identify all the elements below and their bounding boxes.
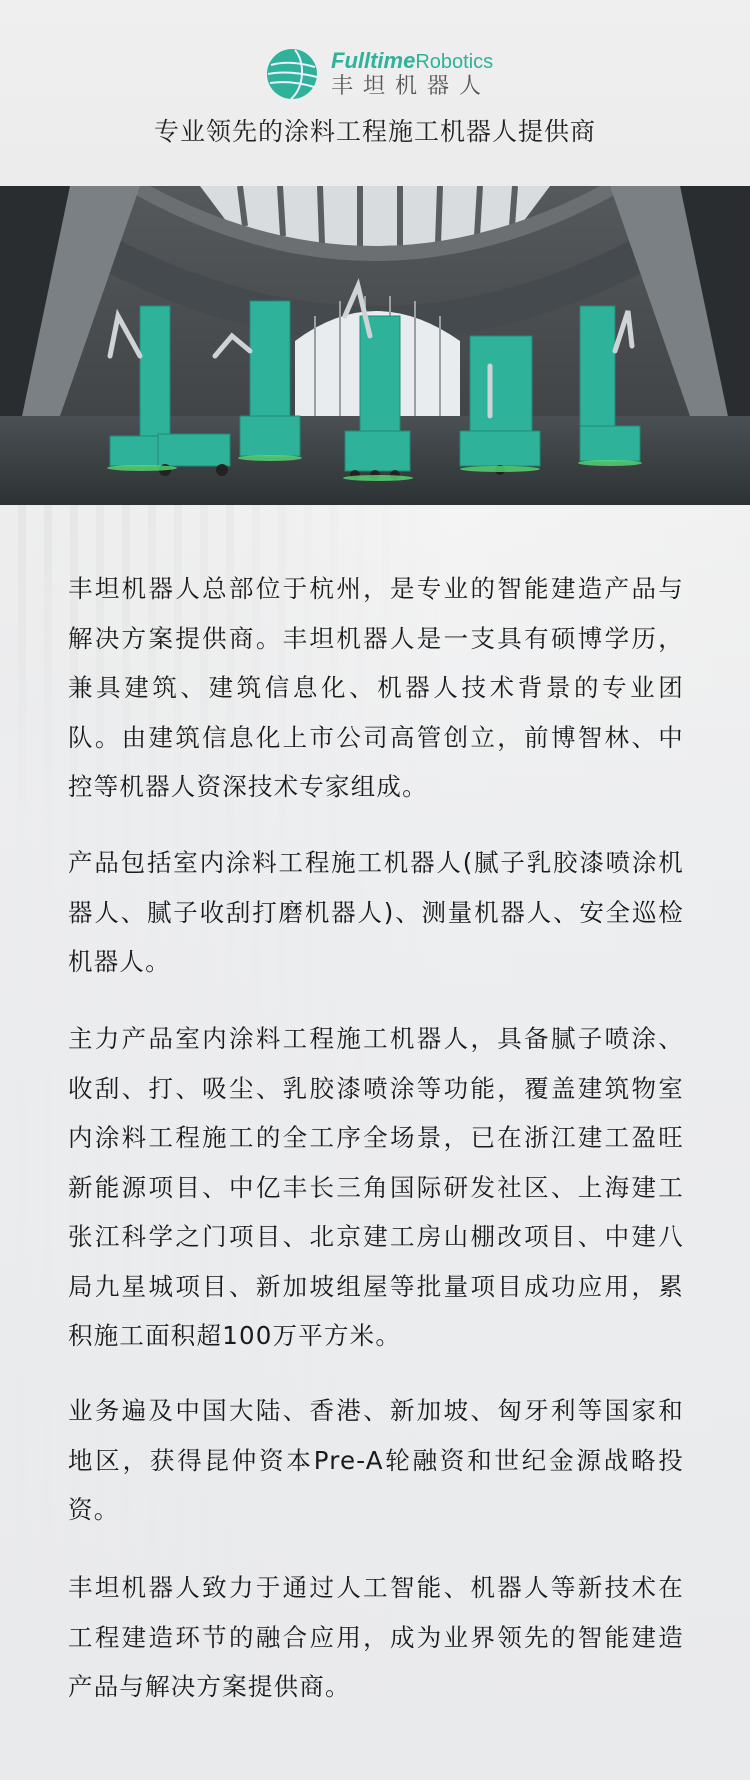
paragraph-business-funding: 业务遍及中国大陆、香港、新加坡、匈牙利等国家和地区，获得昆仲资本Pre-A轮融资… bbox=[68, 1386, 684, 1535]
brand-name-en-bold: Fulltime bbox=[331, 48, 415, 73]
hero-image bbox=[0, 186, 750, 505]
paragraph-products: 产品包括室内涂料工程施工机器人(腻子乳胶漆喷涂机器人、腻子收刮打磨机器人)、测量… bbox=[68, 838, 684, 987]
brand-name-en: FulltimeRobotics bbox=[331, 50, 493, 72]
tagline: 专业领先的涂料工程施工机器人提供商 bbox=[0, 112, 750, 148]
robots-hall-illustration bbox=[0, 186, 750, 505]
header: FulltimeRobotics 丰坦机器人 专业领先的涂料工程施工机器人提供商 bbox=[0, 0, 750, 186]
paragraph-mission: 丰坦机器人致力于通过人工智能、机器人等新技术在工程建造环节的融合应用，成为业界领… bbox=[68, 1563, 684, 1712]
brand-logo: FulltimeRobotics 丰坦机器人 bbox=[265, 46, 493, 102]
brand-name-en-light: Robotics bbox=[415, 51, 493, 73]
paragraph-company-intro: 丰坦机器人总部位于杭州，是专业的智能建造产品与解决方案提供商。丰坦机器人是一支具… bbox=[68, 564, 684, 812]
globe-icon bbox=[265, 47, 319, 101]
brand-name-cn: 丰坦机器人 bbox=[331, 76, 493, 98]
paragraph-main-product: 主力产品室内涂料工程施工机器人，具备腻子喷涂、收刮、打、吸尘、乳胶漆喷涂等功能，… bbox=[68, 1014, 684, 1361]
